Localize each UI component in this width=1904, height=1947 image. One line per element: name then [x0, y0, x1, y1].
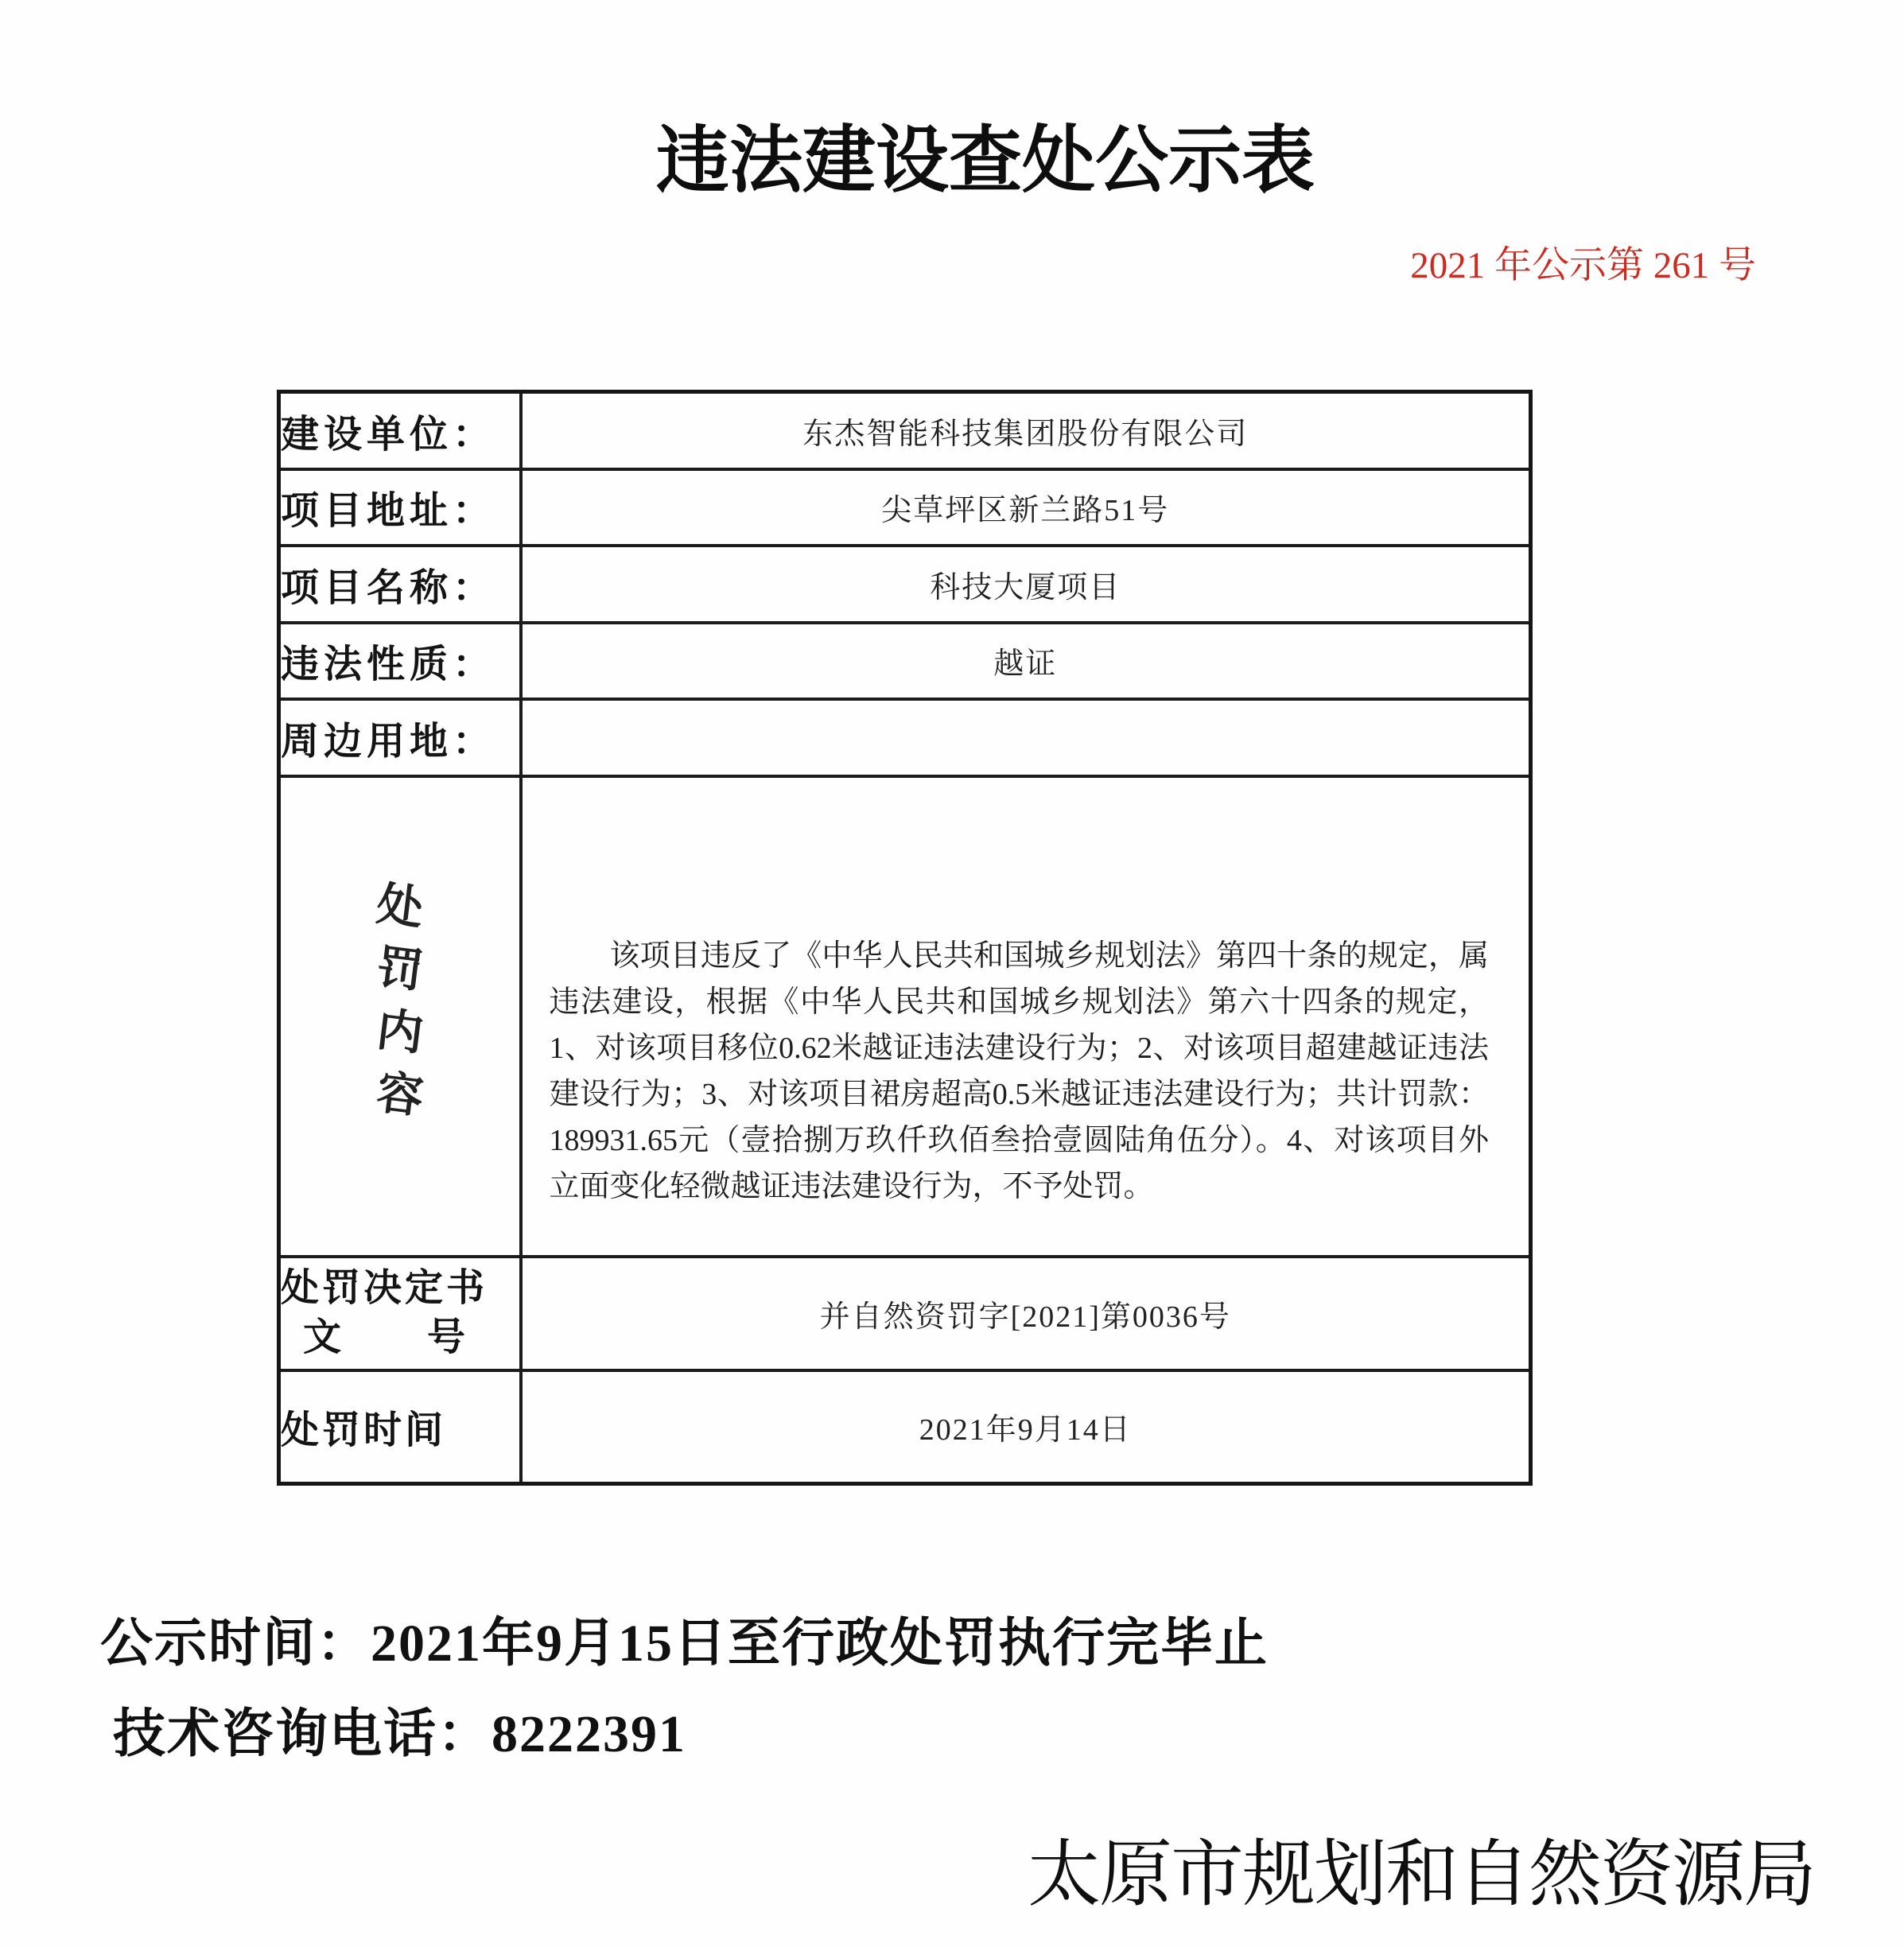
decision-doc-label-line1: 处罚决定书: [281, 1264, 519, 1313]
decision-doc-label-hao: 号: [427, 1313, 465, 1362]
row-value-violation-nature: 越证: [521, 623, 1531, 699]
document-page: 违法建设查处公示表 2021 年公示第 261 号 建设单位： 东杰智能科技集团…: [0, 0, 1904, 1947]
penalty-time-value: 2021年9月14日: [521, 1370, 1531, 1484]
row-value-surrounding-land: [521, 699, 1531, 776]
decision-doc-row: 处罚决定书 文 号 并自然资罚字[2021]第0036号: [279, 1257, 1531, 1370]
table-row: 项目地址： 尖草坪区新兰路51号: [279, 469, 1531, 546]
decision-doc-label: 处罚决定书 文 号: [279, 1257, 521, 1370]
penalty-content-label: 处 罚 内 容: [279, 776, 521, 1257]
row-label-project-address: 项目地址：: [279, 469, 521, 546]
penalty-time-label: 处罚时间: [279, 1370, 521, 1484]
issuing-agency: 太原市规划和自然资源局: [1028, 1816, 1815, 1921]
penalty-label-char: 罚: [373, 935, 426, 1002]
penalty-label-stack: 处 罚 内 容: [377, 875, 423, 1126]
row-label-construction-unit: 建设单位：: [279, 392, 521, 469]
penalty-content-cell: 该项目违反了《中华人民共和国城乡规划法》第四十条的规定，属违法建设，根据《中华人…: [521, 776, 1531, 1257]
decision-doc-label-line2: 文 号: [303, 1313, 465, 1362]
row-label-violation-nature: 违法性质：: [279, 623, 521, 699]
penalty-label-char: 容: [373, 1060, 426, 1128]
row-label-surrounding-land: 周边用地：: [279, 699, 521, 776]
table-row: 建设单位： 东杰智能科技集团股份有限公司: [279, 392, 1531, 469]
row-value-project-address: 尖草坪区新兰路51号: [521, 469, 1531, 546]
consultation-phone-line: 技术咨询电话：8222391: [113, 1691, 686, 1766]
decision-doc-label-wen: 文: [303, 1313, 341, 1362]
penalty-label-char: 内: [373, 997, 426, 1065]
doc-number: 2021 年公示第 261 号: [1410, 235, 1756, 289]
page-title: 违法建设查处公示表: [33, 121, 1904, 201]
penalty-time-row: 处罚时间 2021年9月14日: [279, 1370, 1531, 1484]
table-row: 周边用地：: [279, 699, 1531, 776]
row-value-project-name: 科技大厦项目: [521, 546, 1531, 623]
penalty-content-text: 该项目违反了《中华人民共和国城乡规划法》第四十条的规定，属违法建设，根据《中华人…: [550, 933, 1490, 1210]
table-row: 违法性质： 越证: [279, 623, 1531, 699]
penalty-label-char: 处: [373, 872, 426, 939]
penalty-content-row: 处 罚 内 容 该项目违反了《中华人民共和国城乡规划法》第四十条的规定，属违法建…: [279, 776, 1531, 1257]
decision-doc-value: 并自然资罚字[2021]第0036号: [521, 1257, 1531, 1370]
row-label-project-name: 项目名称：: [279, 546, 521, 623]
publicity-period-line: 公示时间：2021年9月15日至行政处罚执行完毕止: [100, 1600, 1269, 1676]
table-row: 项目名称： 科技大厦项目: [279, 546, 1531, 623]
row-value-construction-unit: 东杰智能科技集团股份有限公司: [521, 392, 1531, 469]
publicity-table: 建设单位： 东杰智能科技集团股份有限公司 项目地址： 尖草坪区新兰路51号 项目…: [277, 390, 1533, 1486]
